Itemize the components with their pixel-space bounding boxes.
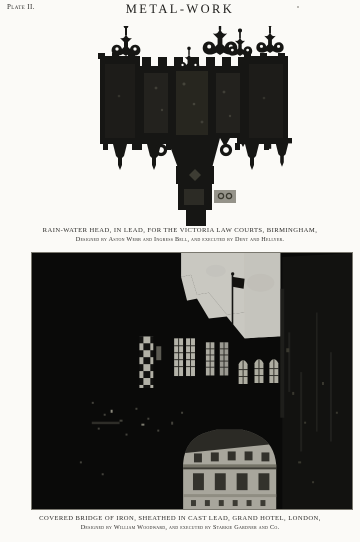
covered-bridge-photo xyxy=(31,252,353,510)
page-title: METAL-WORK xyxy=(0,2,360,17)
rain-water-head-photo xyxy=(92,26,292,226)
caption-line: Designed by Aston Webb and Ingress Bell,… xyxy=(0,236,360,244)
caption-covered-bridge: COVERED BRIDGE OF IRON, SHEATHED IN CAST… xyxy=(0,515,360,532)
hotel-facade xyxy=(181,430,278,509)
rain-water-head-illustration xyxy=(92,26,292,226)
caption-rain-water-head: RAIN-WATER HEAD, IN LEAD, FOR THE VICTOR… xyxy=(0,227,360,244)
caption-line: RAIN-WATER HEAD, IN LEAD, FOR THE VICTOR… xyxy=(0,227,360,236)
book-page: Plate II. METAL-WORK xyxy=(0,0,360,542)
caption-line: Designed by William Woodward, and execut… xyxy=(0,524,360,532)
scan-artifact xyxy=(297,6,299,8)
caption-line: COVERED BRIDGE OF IRON, SHEATHED IN CAST… xyxy=(0,515,360,524)
covered-bridge-illustration xyxy=(32,253,352,509)
